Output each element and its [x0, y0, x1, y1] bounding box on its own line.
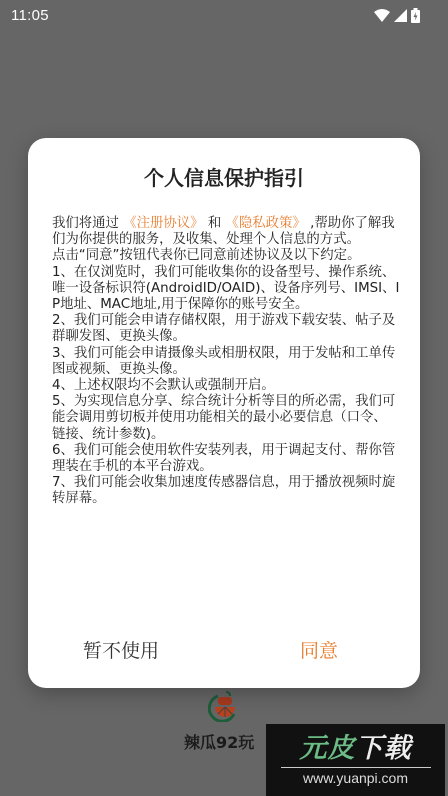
policy-item: 3、我们可能会申请摄像头或相册权限，用于发帖和工单传图或视频、更换头像。 [52, 346, 400, 378]
app-name: 辣瓜92玩 [184, 730, 254, 753]
intro-prefix: 我们将通过 [52, 216, 119, 231]
register-agreement-link[interactable]: 《注册协议》 [123, 216, 203, 231]
agree-button[interactable]: 同意 [300, 636, 338, 663]
watermark-title-white: 下载 [356, 733, 412, 764]
watermark-divider [281, 767, 431, 768]
policy-item: 7、我们可能会收集加速度传感器信息，用于播放视频时旋转屏幕。 [52, 475, 400, 507]
wifi-icon [374, 9, 390, 22]
intro-paragraph: 我们将通过 《注册协议》 和 《隐私政策》 ,帮助你了解我们为你提供的服务，及收… [52, 216, 400, 248]
dialog-title: 个人信息保护指引 [28, 162, 420, 191]
cell-signal-icon [394, 9, 407, 22]
melon-logo-icon [208, 690, 240, 722]
status-time: 11:05 [11, 7, 49, 24]
policy-item: 6、我们可能会使用软件安装列表，用于调起支付、帮你管理装在手机的本平台游戏。 [52, 443, 400, 475]
privacy-policy-link[interactable]: 《隐私政策》 [225, 216, 305, 231]
policy-item: 5、为实现信息分享、综合统计分析等目的所必需，我们可能会调用剪切板并使用功能相关… [52, 394, 400, 443]
battery-charging-icon [411, 8, 420, 23]
decline-button[interactable]: 暂不使用 [83, 636, 159, 663]
intro-and: 和 [208, 216, 221, 231]
watermark-title-green: 元皮 [300, 733, 356, 764]
watermark-url: www.yuanpi.com [303, 770, 408, 786]
policy-item: 1、在仅浏览时，我们可能收集你的设备型号、操作系统、唯一设备标识符(Androi… [52, 265, 400, 314]
status-icons [374, 8, 420, 23]
consent-line: 点击“同意”按钮代表你已同意前述协议及以下约定。 [52, 248, 400, 264]
status-bar: 11:05 [0, 0, 448, 30]
policy-item: 4、上述权限均不会默认或强制开启。 [52, 378, 400, 394]
dialog-body: 我们将通过 《注册协议》 和 《隐私政策》 ,帮助你了解我们为你提供的服务，及收… [52, 216, 400, 508]
privacy-dialog: 个人信息保护指引 我们将通过 《注册协议》 和 《隐私政策》 ,帮助你了解我们为… [28, 138, 420, 688]
policy-item: 2、我们可能会申请存储权限，用于游戏下载安装、帖子及群聊发图、更换头像。 [52, 313, 400, 345]
watermark: 元皮下载 www.yuanpi.com [266, 724, 445, 796]
watermark-title: 元皮下载 [300, 734, 412, 764]
